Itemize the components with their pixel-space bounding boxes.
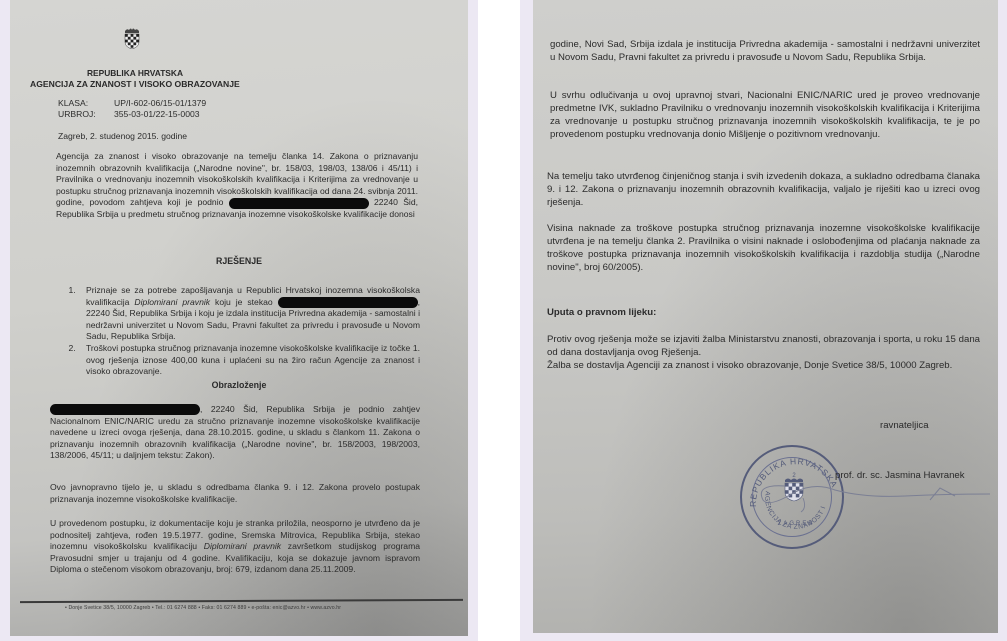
reasoning-paragraph-1: , 22240 Šid, Republika Srbija je podnio … <box>50 404 420 462</box>
reasoning-paragraph-3: U provedenom postupku, iz dokumentacije … <box>50 518 420 576</box>
place-date: Zagreb, 2. studenog 2015. godine <box>58 131 187 141</box>
agency-name: AGENCIJA ZA ZNANOST I VISOKO OBRAZOVANJE <box>20 79 270 89</box>
redacted-name <box>229 198 369 209</box>
urbroj-label: URBROJ: <box>58 109 114 119</box>
signer-title: ravnateljica <box>880 420 929 431</box>
decision-items: Priznaje se za potrebe zapošljavanja u R… <box>58 285 420 378</box>
page2-paragraph-2: U svrhu odlučivanja u ovoj upravnoj stva… <box>550 89 980 141</box>
country-name: REPUBLIKA HRVATSKA <box>50 68 220 78</box>
document-page-1: REPUBLIKA HRVATSKA AGENCIJA ZA ZNANOST I… <box>10 0 468 636</box>
item1-text-b: koju je stekao <box>215 297 273 307</box>
decision-item-1: Priznaje se za potrebe zapošljavanja u R… <box>78 285 420 343</box>
decision-item-2: Troškovi postupka stručnog priznavanja i… <box>78 343 420 378</box>
page-gap <box>478 0 520 641</box>
footer-contact: • Donje Svetice 38/5, 10000 Zagreb • Tel… <box>65 605 341 611</box>
legal-remedy-title: Uputa o pravnom lijeku: <box>547 306 980 319</box>
urbroj-row: URBROJ:355-03-01/22-15-0003 <box>58 109 200 119</box>
page2-paragraph-4: Visina naknade za troškove postupka stru… <box>547 222 980 274</box>
page2-paragraph-3: Na temelju tako utvrđenog činjeničnog st… <box>547 170 980 209</box>
qualification-name: Diplomirani pravnik <box>134 297 210 307</box>
page2-paragraph-1: godine, Novi Sad, Srbija izdala je insti… <box>550 38 980 64</box>
croatian-coat-of-arms-icon <box>123 27 141 49</box>
klasa-row: KLASA:UP/I-602-06/15-01/1379 <box>58 98 206 108</box>
urbroj-value: 355-03-01/22-15-0003 <box>114 109 200 119</box>
legal-remedy-text-1: Protiv ovog rješenja može se izjaviti ža… <box>547 333 980 359</box>
qualification-name: Diplomirani pravnik <box>204 541 281 551</box>
redacted-name <box>50 404 200 415</box>
klasa-label: KLASA: <box>58 98 114 108</box>
klasa-value: UP/I-602-06/15-01/1379 <box>114 98 206 108</box>
footer-divider <box>20 599 463 603</box>
reasoning-paragraph-2: Ovo javnopravno tijelo je, u skladu s od… <box>50 482 420 505</box>
intro-paragraph: Agencija za znanost i visoko obrazovanje… <box>56 151 418 221</box>
svg-text:ZAGREB: ZAGREB <box>778 521 815 527</box>
signature-scribble <box>755 478 995 518</box>
redacted-name <box>278 297 418 308</box>
legal-remedy-text-2: Žalba se dostavlja Agenciji za znanost i… <box>547 359 980 372</box>
item2-text: Troškovi postupka stručnog priznavanja i… <box>86 343 420 376</box>
reasoning-title: Obrazloženje <box>10 380 468 390</box>
decision-title: RJEŠENJE <box>10 256 468 266</box>
signer-name: prof. dr. sc. Jasmina Havranek <box>835 470 965 481</box>
